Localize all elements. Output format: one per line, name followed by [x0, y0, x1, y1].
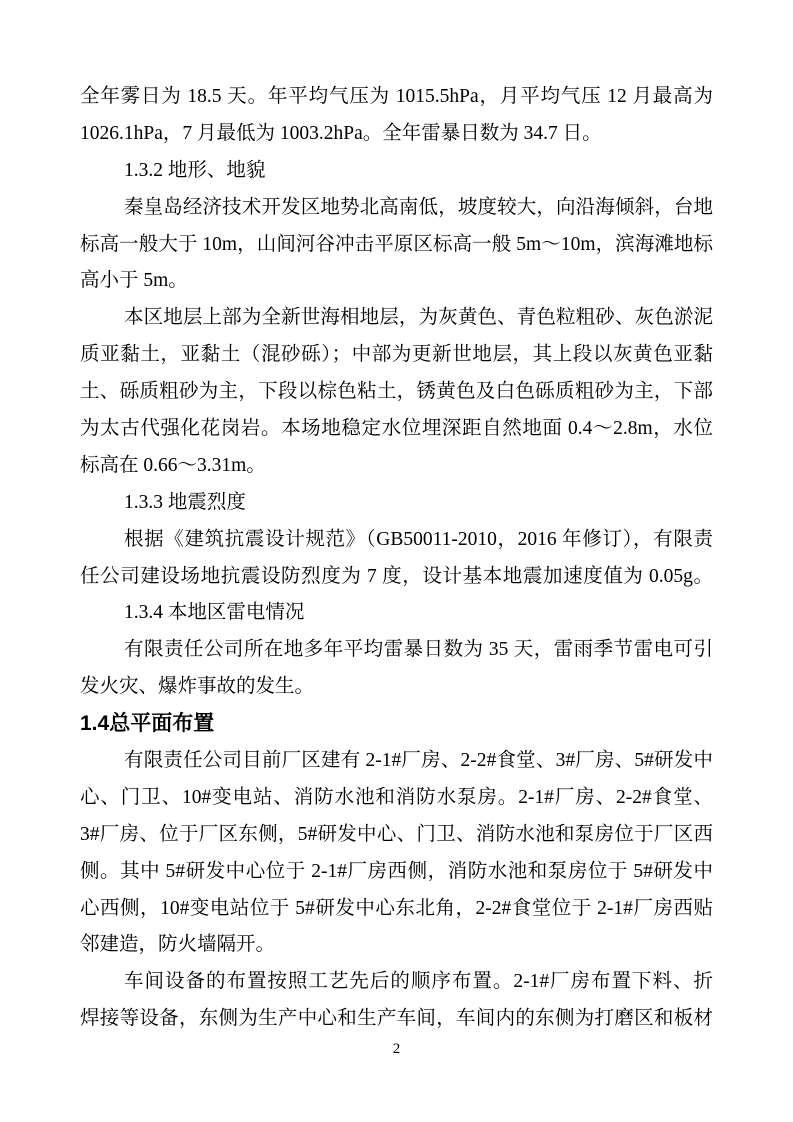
text-line: 发火灾、爆炸事故的发生。 [80, 669, 713, 706]
text-line: 侧。其中 5#研发中心位于 2-1#厂房西侧，消防水池和泵房位于 5#研发中 [80, 854, 713, 891]
subsection-heading: 1.3.3 地震烈度 [80, 485, 713, 522]
text-line: 标高一般大于 10m，山间河谷冲击平原区标高一般 5m～10m，滨海滩地标 [80, 227, 713, 264]
document-body: 全年雾日为 18.5 天。年平均气压为 1015.5hPa，月平均气压 12 月… [80, 79, 713, 1038]
text-line: 本区地层上部为全新世海相地层，为灰黄色、青色粒粗砂、灰色淤泥 [80, 300, 713, 337]
text-line: 根据《建筑抗震设计规范》（GB50011-2010，2016 年修订），有限责 [80, 522, 713, 559]
text-line: 心西侧，10#变电站位于 5#研发中心东北角，2-2#食堂位于 2-1#厂房西贴 [80, 891, 713, 928]
subsection-heading: 1.3.2 地形、地貌 [80, 153, 713, 190]
text-line: 任公司建设场地抗震设防烈度为 7 度，设计基本地震加速度值为 0.05g。 [80, 559, 713, 596]
text-line: 标高在 0.66～3.31m。 [80, 448, 713, 485]
page-footer: 2 [0, 1038, 793, 1060]
text-line: 土、砾质粗砂为主，下段以棕色粘土，锈黄色及白色砾质粗砂为主，下部 [80, 374, 713, 411]
text-line: 质亚黏土，亚黏土（混砂砾）；中部为更新世地层，其上段以灰黄色亚黏 [80, 337, 713, 374]
document-page: 全年雾日为 18.5 天。年平均气压为 1015.5hPa，月平均气压 12 月… [0, 0, 793, 1122]
text-line: 焊接等设备，东侧为生产中心和生产车间，车间内的东侧为打磨区和板材 [80, 1001, 713, 1038]
text-line: 为太古代强化花岗岩。本场地稳定水位埋深距自然地面 0.4～2.8m，水位 [80, 411, 713, 448]
text-line: 秦皇岛经济技术开发区地势北高南低，坡度较大，向沿海倾斜，台地 [80, 190, 713, 227]
text-line: 全年雾日为 18.5 天。年平均气压为 1015.5hPa，月平均气压 12 月… [80, 79, 713, 116]
text-line: 心、门卫、10#变电站、消防水池和消防水泵房。2-1#厂房、2-2#食堂、 [80, 780, 713, 817]
text-line: 有限责任公司目前厂区建有 2-1#厂房、2-2#食堂、3#厂房、5#研发中 [80, 743, 713, 780]
text-line: 有限责任公司所在地多年平均雷暴日数为 35 天，雷雨季节雷电可引 [80, 632, 713, 669]
page-number: 2 [393, 1041, 401, 1057]
subsection-heading: 1.3.4 本地区雷电情况 [80, 595, 713, 632]
text-line: 高小于 5m。 [80, 263, 713, 300]
text-line: 1026.1hPa，7 月最低为 1003.2hPa。全年雷暴日数为 34.7 … [80, 116, 713, 153]
section-heading: 1.4总平面布置 [80, 706, 713, 743]
text-line: 车间设备的布置按照工艺先后的顺序布置。2-1#厂房布置下料、折弯、 [80, 964, 713, 1001]
text-line: 3#厂房、位于厂区东侧，5#研发中心、门卫、消防水池和泵房位于厂区西 [80, 817, 713, 854]
text-line: 邻建造，防火墙隔开。 [80, 927, 713, 964]
